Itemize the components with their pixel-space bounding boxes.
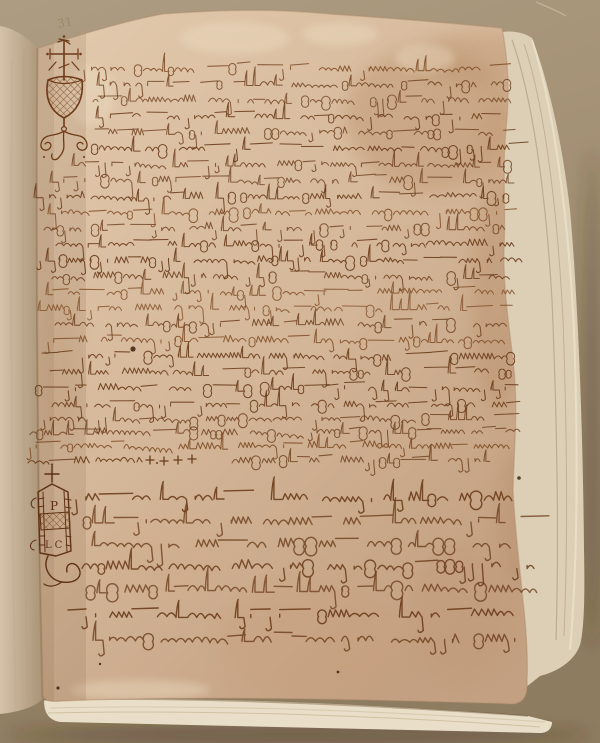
ink-blot xyxy=(517,476,521,480)
water-stain xyxy=(215,582,405,698)
ink-blot xyxy=(130,346,135,351)
sign-letter-p: P xyxy=(50,499,58,513)
manuscript-page xyxy=(36,10,540,710)
folio-number: 31 xyxy=(56,15,73,31)
manuscript-photo: 31 xyxy=(0,0,600,743)
ink-dot xyxy=(156,462,158,464)
light-patch xyxy=(180,22,290,54)
sign-letters-lc: LC xyxy=(45,540,65,551)
ink-blot xyxy=(56,686,59,689)
ink-blot xyxy=(99,663,101,665)
water-stain xyxy=(410,544,514,680)
water-stain xyxy=(142,90,382,390)
facing-page-gutter xyxy=(0,26,43,714)
light-patch xyxy=(302,22,378,46)
light-patch xyxy=(70,680,210,700)
ink-blot xyxy=(337,671,340,674)
